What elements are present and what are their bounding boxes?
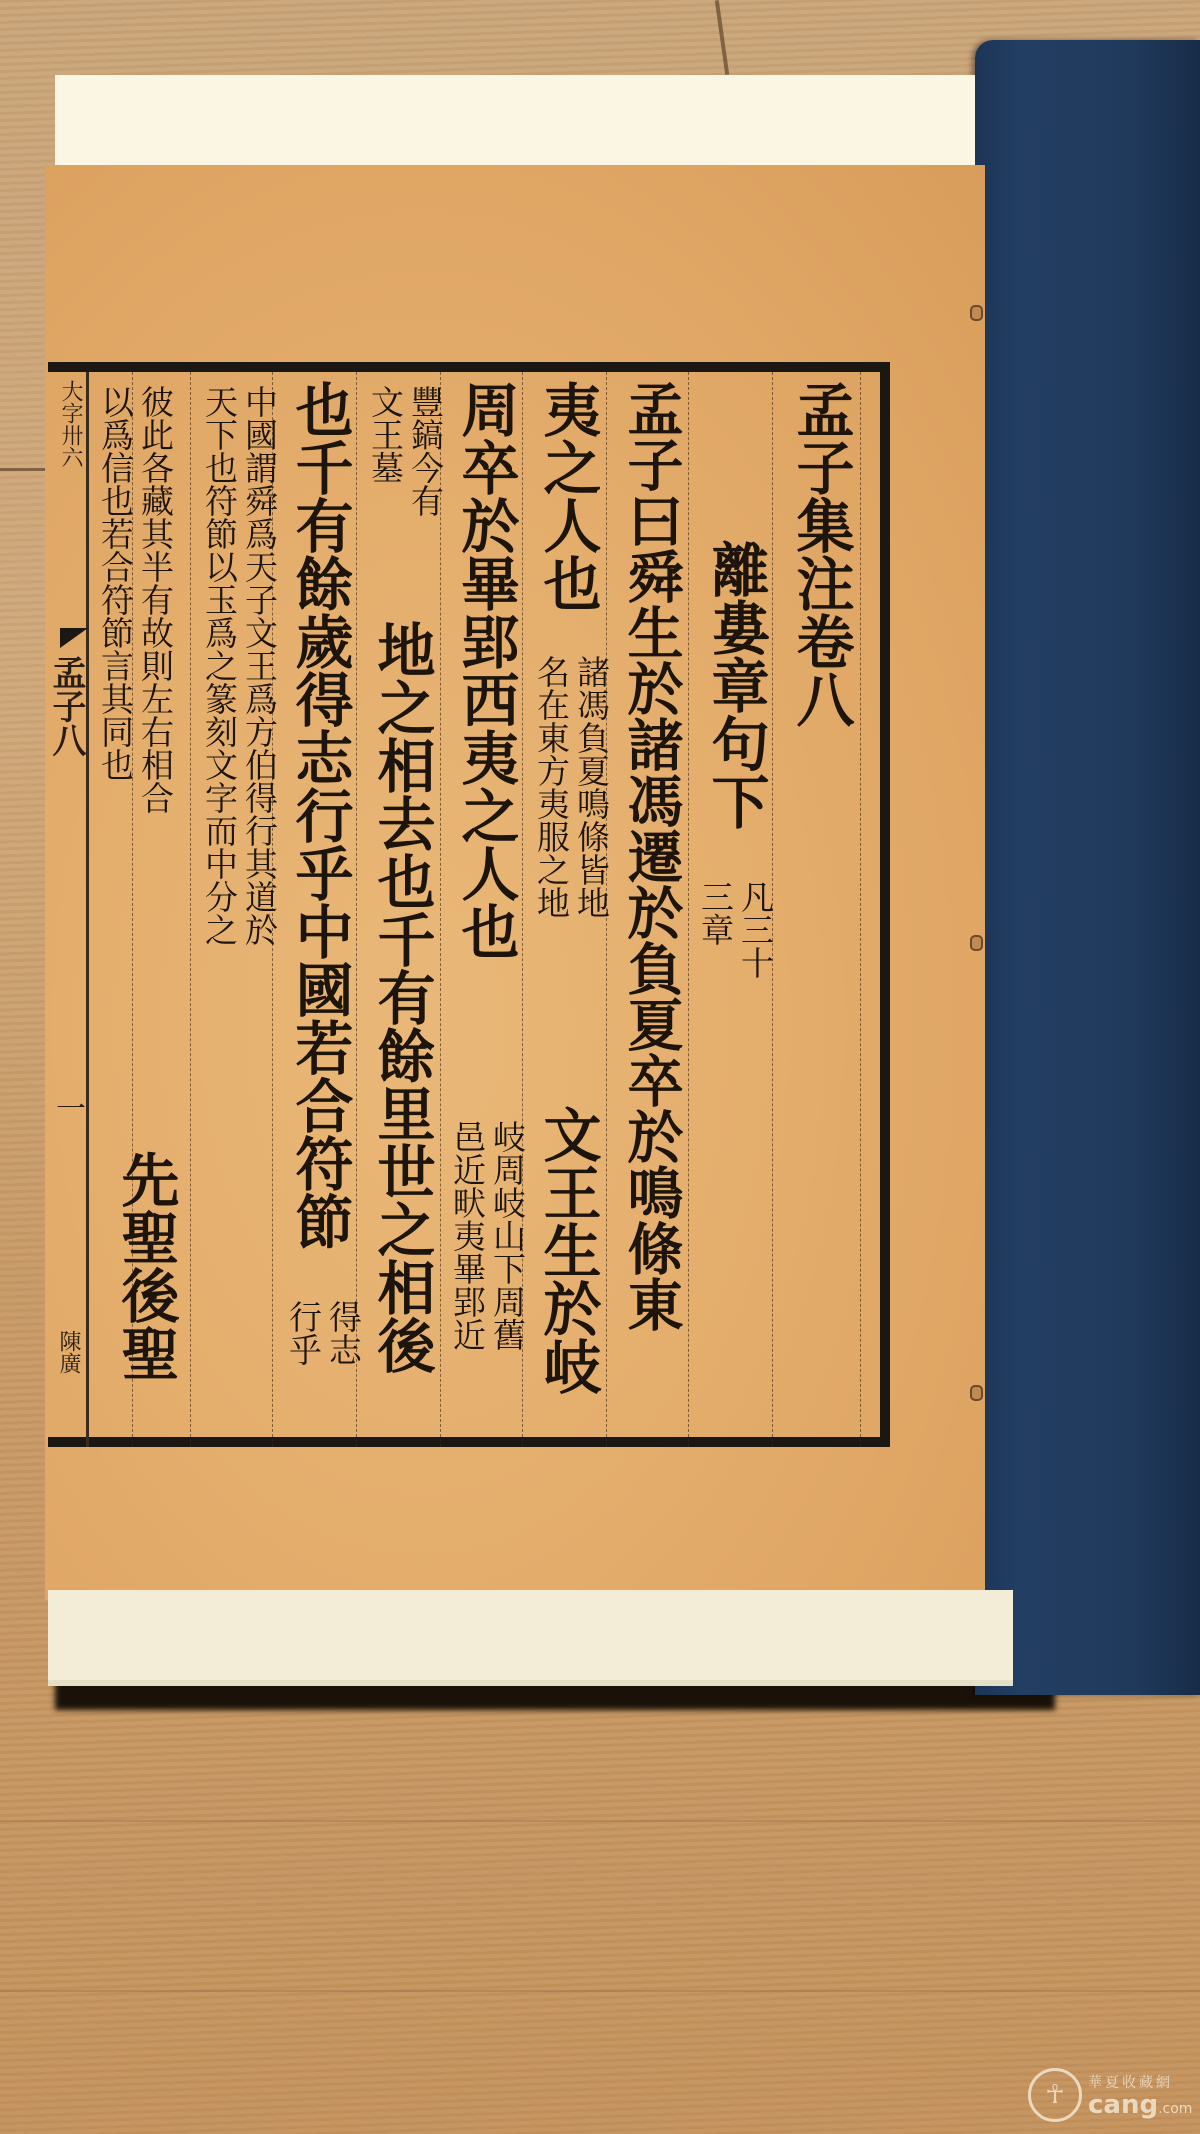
watermark-name: 華夏收藏網	[1088, 2072, 1192, 2092]
banxin-page-number: 一	[56, 1098, 86, 1122]
note-right: 諸馮負夏鳴條皆地	[572, 655, 610, 919]
note-left: 行乎	[284, 1300, 322, 1366]
chapter-title: 離婁章句下	[700, 540, 770, 830]
chapter-title-text: 離婁章句下	[702, 540, 769, 830]
volume-title-text: 孟子集注卷八	[787, 380, 854, 728]
text-column-8: 先聖後聖	[110, 1150, 180, 1382]
column-divider	[860, 372, 862, 1447]
commentary-4: 豐鎬今有 文王墓	[366, 385, 444, 517]
floor-seam	[715, 0, 729, 75]
fishtail-mark-icon	[60, 628, 88, 648]
cang-logo-icon: ☥	[1028, 2068, 1082, 2122]
bottom-paper-edge	[48, 1590, 1013, 1686]
binding-stitch	[970, 1385, 983, 1401]
main-text: 孟子曰舜生於諸馮遷於負夏卒於鳴條東	[618, 380, 685, 1332]
main-text: 地之相去也千有餘里世之相後	[368, 620, 435, 1374]
main-text: 周卒於畢郢西夷之人也	[452, 380, 519, 960]
note-right: 彼此各藏其半有故則左右相合	[136, 385, 174, 814]
commentary-3: 岐周岐山下周舊 邑近畎夷畢郢近	[448, 1120, 526, 1351]
watermark-tld: .com	[1158, 2101, 1192, 2117]
chapter-note-right: 凡三十	[736, 880, 774, 979]
main-text: 文王生於岐	[534, 1105, 601, 1395]
page-number-text: 一	[56, 1098, 86, 1122]
note-left: 名在東方夷服之地	[532, 655, 570, 919]
text-column-3: 周卒於畢郢西夷之人也	[450, 380, 520, 960]
chapter-note-left: 三章	[696, 880, 734, 946]
commentary-7: 彼此各藏其半有故則左右相合 以爲信也若合符節言其同也	[96, 385, 174, 814]
frame-left-line	[86, 372, 89, 1447]
banxin-char-count: 大字卅六	[58, 380, 82, 468]
note-right: 岐周岐山下周舊	[488, 1120, 526, 1351]
main-text: 也千有餘歲得志行乎中國若合符節	[286, 380, 353, 1250]
commentary-6: 中國謂舜爲天子文王爲方伯得行其道於 天下也符節以玉爲之篆刻文字而中分之	[200, 385, 278, 946]
text-column-1: 孟子曰舜生於諸馮遷於負夏卒於鳴條東	[616, 380, 686, 1332]
text-column-5: 也千有餘歲得志行乎中國若合符節	[284, 380, 354, 1250]
floor-seam	[0, 1820, 1200, 1822]
text-column-2-bottom: 文王生於岐	[532, 1105, 602, 1395]
binding-stitch	[970, 935, 983, 951]
note-right: 豐鎬今有	[406, 385, 444, 517]
banxin-title: 孟子八	[46, 655, 86, 757]
column-divider	[688, 372, 690, 1447]
book-cover	[975, 40, 1200, 1695]
watermark-domain: cang	[1088, 2090, 1158, 2120]
chapter-note: 凡三十 三章	[696, 880, 774, 979]
note-left: 以爲信也若合符節言其同也	[96, 385, 134, 781]
carver-name-text: 陳廣	[56, 1330, 80, 1374]
column-divider	[190, 372, 192, 1447]
site-watermark: ☥ 華夏收藏網 cang.com	[1028, 2068, 1192, 2122]
banxin-title-text: 孟子八	[46, 655, 86, 757]
banxin-carver: 陳廣	[56, 1330, 80, 1374]
main-text: 先聖後聖	[112, 1150, 179, 1382]
note-left: 天下也符節以玉爲之篆刻文字而中分之	[200, 385, 238, 946]
note-left: 邑近畎夷畢郢近	[448, 1120, 486, 1351]
top-paper-edge	[55, 75, 975, 170]
note-right: 得志	[324, 1300, 362, 1366]
banxin-top-text: 大字卅六	[58, 380, 82, 468]
floor-seam	[0, 468, 48, 471]
binding-stitch	[970, 305, 983, 321]
commentary-2: 諸馮負夏鳴條皆地 名在東方夷服之地	[532, 655, 610, 919]
column-divider	[440, 372, 442, 1447]
commentary-5: 得志 行乎	[284, 1300, 362, 1366]
text-column-2-top: 夷之人也	[532, 380, 602, 612]
note-right: 中國謂舜爲天子文王爲方伯得行其道於	[240, 385, 278, 946]
column-divider	[356, 372, 358, 1447]
note-left: 文王墓	[366, 385, 404, 484]
floor-seam	[0, 1990, 1200, 1992]
main-text: 夷之人也	[534, 380, 601, 612]
text-column-4: 地之相去也千有餘里世之相後	[366, 620, 436, 1374]
volume-title: 孟子集注卷八	[785, 380, 855, 728]
